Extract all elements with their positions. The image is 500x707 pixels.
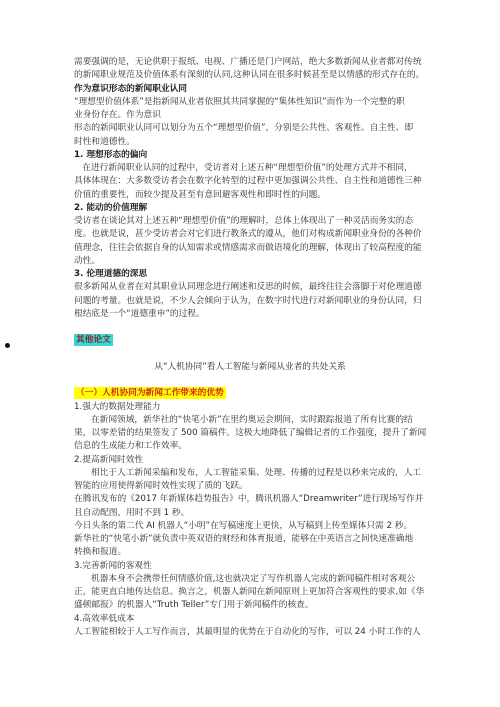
text-line: 正，能更直白地传达信息。换言之，机器人新闻在新闻原则上更加符合客观性的要求,如《… xyxy=(74,586,426,599)
text-line: 3.完善新闻的客观性 xyxy=(74,560,426,573)
text-line: 在新闻领域，新华社的“快笔小新”在里约奥运会期间，实时跟踪报道了所有比赛的结 xyxy=(74,414,426,427)
text-line: 4.高效率低成本 xyxy=(74,613,426,626)
text-line: 动性。 xyxy=(74,255,426,268)
text-line: 需要强调的是，无论供职于报纸、电视、广播还是门户网站，绝大多数新闻从业者都对传统 xyxy=(74,56,426,69)
text-line: 信息的生成能力和工作效率。 xyxy=(74,440,426,453)
text-line: 今日头条的第二代 AI 机器人“小明”在写稿速度上更快，从写稿到上传至媒体只需 … xyxy=(74,520,426,533)
subsection-heading-highlight: （一）人机协同为新闻工作带来的优势 xyxy=(74,387,226,399)
text-line: 度。也就是说，甚少受访者会对它们进行教条式的遵从，他们对构成新闻职业身份的各种价 xyxy=(74,228,426,241)
text-line: 2. 能动的价值理解 xyxy=(74,202,426,215)
text-line: 问题的考量。也就是说，不少人会倾向于认为，在数字时代进行对新闻职业的身份认同，归 xyxy=(74,295,426,308)
text-line: 受访者在谈论其对上述五种“理想型价值”的理解时，总体上体现出了一种灵活而务实的态 xyxy=(74,215,426,228)
text-line: （一）人机协同为新闻工作带来的优势 xyxy=(74,387,426,400)
text-line: 智能的应用使得新闻时效性实现了质的飞跃。 xyxy=(74,480,426,493)
blank-line xyxy=(74,374,426,387)
text-line: 在进行新闻职业认同的过程中，受访者对上述五种“理想型价值”的处理方式并不相同， xyxy=(74,162,426,175)
blank-line xyxy=(74,348,426,361)
margin-bullet-dot xyxy=(5,343,10,348)
section-label-highlight: 其他论文 xyxy=(74,334,113,346)
text-line: 转换和报道。 xyxy=(74,546,426,559)
text-line: 人工智能相较于人工写作而言，其最明显的优势在于自动化的写作，可以 24 小时工作… xyxy=(74,626,426,639)
text-line: 相比于人工新闻采编和发布，人工智能采集、处理、传播的过程是以秒来完成的，人工 xyxy=(74,467,426,480)
text-line: 时性和道德性。 xyxy=(74,136,426,149)
text-line: 从“人机协同”看人工智能与新闻从业者的共处关系 xyxy=(74,361,426,374)
text-line: 3. 伦理道德的深思 xyxy=(74,268,426,281)
text-line: 形态的新闻职业认同可以划分为五个“理想型价值”，分别是公共性、客观性、自主性、即 xyxy=(74,122,426,135)
text-line: 业身份存在。作为意识 xyxy=(74,109,426,122)
blank-line xyxy=(74,321,426,334)
text-line: 2.提高新闻时效性 xyxy=(74,454,426,467)
text-line: 在腾讯发布的《2017 年新媒体趋势报告》中，腾讯机器人“Dreamwriter… xyxy=(74,493,426,506)
text-line: 且自动配图，用时不到 1 秒。 xyxy=(74,507,426,520)
text-line: 1.强大的数据处理能力 xyxy=(74,401,426,414)
text-line: 价值的重要性，而较少提及甚至有意回避客观性和即时性的问题。 xyxy=(74,189,426,202)
text-line: 1. 理想形态的偏向 xyxy=(74,149,426,162)
text-line: 具体体现在：大多数受访者会在数字化转型的过程中更加强调公共性、自主性和道德性三种 xyxy=(74,175,426,188)
text-line: 作为意识形态的新闻职业认同 xyxy=(74,83,426,96)
text-line: 值理念，往往会依据自身的认知需求或情感需求而做语境化的理解，体现出了较高程度的能 xyxy=(74,242,426,255)
text-line: 果，以零差错的结果签发了 500 篇稿件。这极大地降低了编辑记者的工作强度，提升… xyxy=(74,427,426,440)
text-line: 其他论文 xyxy=(74,334,426,347)
text-line: 新华社的“快笔小新”就负责中英双语的财经和体育报道，能够在中英语言之间快速准确地 xyxy=(74,533,426,546)
text-line: 的新闻职业规范及价值体系有深刻的认同,这种认同在很多时候甚至是以情感的形式存在的… xyxy=(74,69,426,82)
text-line: 很多新闻从业者在对其职业认同理念进行阐述和反思的时候，最终往往会落脚于对伦理道德 xyxy=(74,281,426,294)
text-line: “理想型价值体系”是指新闻从业者依照其共同掌握的“集体性知识”而作为一个完整的职 xyxy=(74,96,426,109)
text-line: 盛顿邮报》的机器人“Truth Teller”专门用于新闻稿件的核查。 xyxy=(74,599,426,612)
document-page: 需要强调的是，无论供职于报纸、电视、广播还是门户网站，绝大多数新闻从业者都对传统… xyxy=(0,0,500,707)
text-line: 根结底是一个“道德重申”的过程。 xyxy=(74,308,426,321)
text-line: 机器本身不会携带任何情感价值,这也就决定了写作机器人完成的新闻稿件相对客观公 xyxy=(74,573,426,586)
document-lines: 需要强调的是，无论供职于报纸、电视、广播还是门户网站，绝大多数新闻从业者都对传统… xyxy=(74,56,426,639)
